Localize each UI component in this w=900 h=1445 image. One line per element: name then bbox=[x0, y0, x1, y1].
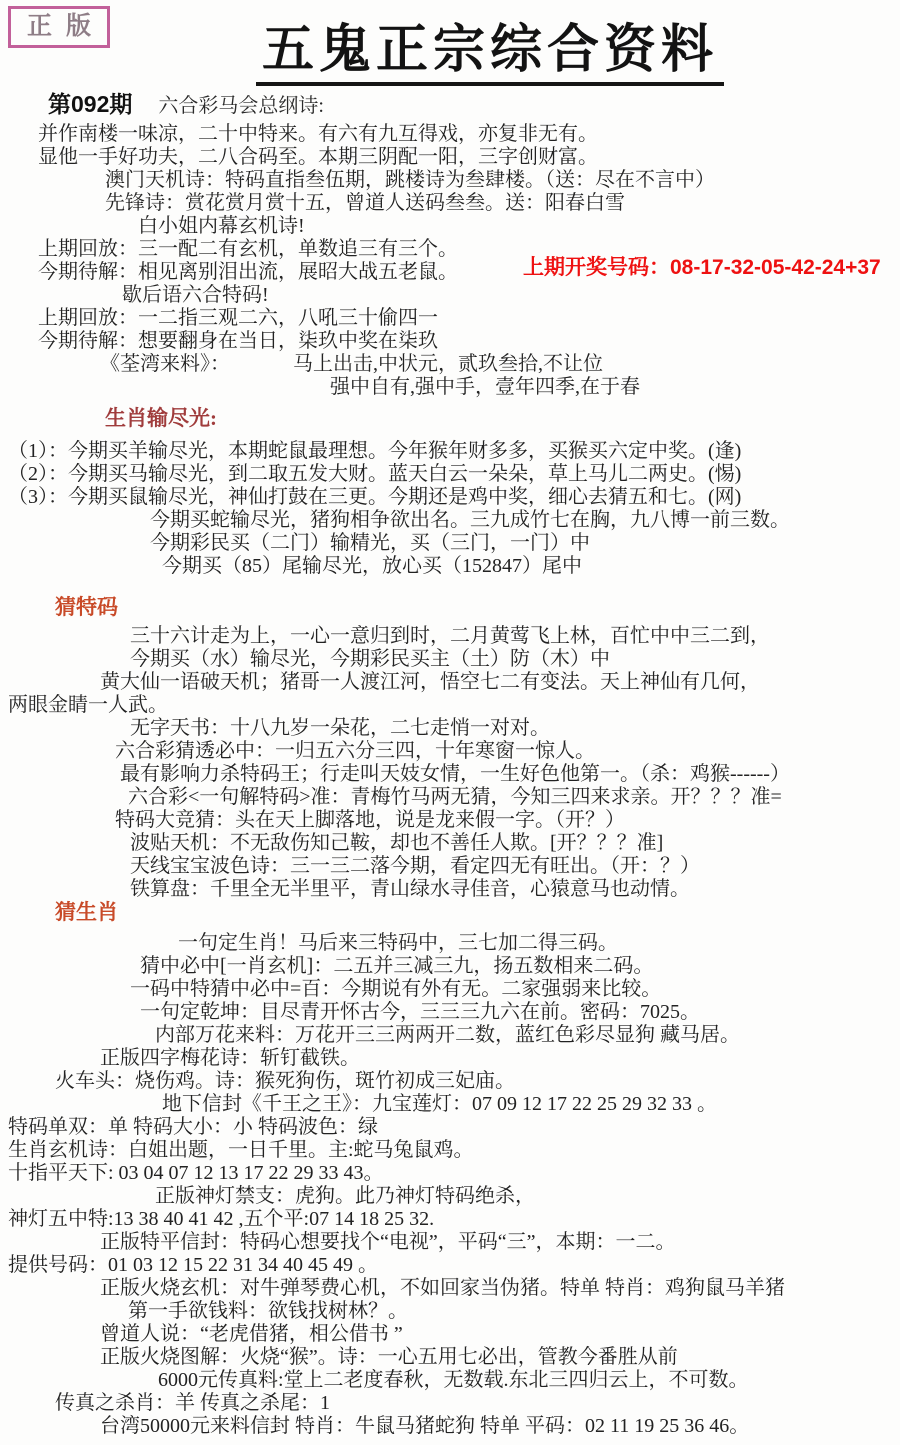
ding-qiankun-line: 一句定乾坤：目尽青开怀古今，三三三九六在前。密码：7025。 bbox=[0, 1001, 900, 1024]
yiju-jie-tema-line: 六合彩<一句解特码>准：青梅竹马两无猜，今知三四来求亲。开？？？准= bbox=[0, 786, 900, 809]
shujinguang-extra: 今期买（85）尾输尽光，放心买（152847）尾中 bbox=[0, 555, 900, 578]
issue-row: 第092期 六合彩马会总纲诗: bbox=[0, 86, 900, 119]
poem-line: 显他一手好功夫，二八合码至。本期三阴配一阳，三字创财富。 bbox=[0, 146, 900, 169]
shujinguang-item-3: （3）：今期买鼠输尽光，神仙打鼓在三更。今期还是鸡中奖，细心去猜五和七。(网) bbox=[0, 486, 900, 509]
shujinguang-extra: 今期买蛇输尽光，猪狗相争欲出名。三九成竹七在胸，九八博一前三数。 bbox=[0, 509, 900, 532]
wanhua-lailiao-line: 内部万花来料：万花开三三两两开二数，蓝红色彩尽显狗 藏马居。 bbox=[0, 1024, 900, 1047]
tema-line: 三十六计走为上，一心一意归到时，二月黄莺飞上林，百忙中中三二到， bbox=[0, 625, 900, 648]
shujinguang-extra: 今期彩民买（二门）输精光，买（三门，一门）中 bbox=[0, 532, 900, 555]
chuanzhen-liao-line: 6000元传真料:堂上二老度春秋，无数载.东北三四归云上，不可数。 bbox=[0, 1369, 900, 1392]
shendeng-jinzhi-line: 正版神灯禁支：虎狗。此乃神灯特码绝杀， bbox=[0, 1185, 900, 1208]
taiwan-xinfeng-line: 台湾50000元来料信封 特肖：牛鼠马猪蛇狗 特单 平码：02 11 19 25… bbox=[0, 1415, 900, 1438]
zengdaoren-line: 曾道人说：“老虎借猪，相公借书 ” bbox=[0, 1323, 900, 1346]
master-poem-subtitle: 六合彩马会总纲诗: bbox=[158, 89, 324, 118]
shujinguang-item-1: （1）：今期买羊输尽光，本期蛇鼠最理想。今年猴年财多多，买猴买六定中奖。(逢) bbox=[0, 440, 900, 463]
chuanzhen-shaxiao-line: 传真之杀肖：羊 传真之杀尾：1 bbox=[0, 1392, 900, 1415]
yima-zhongte-line: 一码中特猜中必中=百：今期说有外有无。二家强弱来比较。 bbox=[0, 978, 900, 1001]
meihua-poem-line: 正版四字梅花诗：斩钉截铁。 bbox=[0, 1047, 900, 1070]
macau-tianji-poem: 澳门天机诗：特码直指叁伍期，跳楼诗为叁肆楼。（送：尽在不言中） bbox=[0, 169, 900, 192]
dixia-xinfeng-line: 地下信封《千王之王》：九宝莲灯：07 09 12 17 22 25 29 32 … bbox=[0, 1093, 900, 1116]
section-heading-cai-tema: 猜特码 bbox=[0, 596, 900, 619]
huangdaxian-line: 黄大仙一语破天机；猪哥一人渡江河，悟空七二有变法。天上神仙有几何， bbox=[0, 671, 900, 694]
tigong-haoma-line: 提供号码：01 03 12 15 22 31 34 40 45 49 。 bbox=[0, 1254, 900, 1277]
quanwan-label: 《荃湾来料》： bbox=[0, 353, 230, 376]
issue-number: 第092期 bbox=[48, 86, 132, 119]
huangdaxian-line-2: 两眼金睛一人武。 bbox=[0, 694, 900, 717]
sha-tema-wang-line: 最有影响力杀特码王；行走叫天妓女情，一生好色他第一。（杀：鸡猴------） bbox=[0, 763, 900, 786]
xiehouyu-line: 歇后语六合特码! bbox=[0, 284, 900, 307]
tianxian-baobao-line: 天线宝宝波色诗：三一三二落今期，看定四无有旺出。（开：？） bbox=[0, 855, 900, 878]
shengxiao-xuanji-line: 生肖玄机诗：白姐出题，一日千里。主:蛇马兔鼠鸡。 bbox=[0, 1139, 900, 1162]
yuqianliao-line: 第一手欲钱料：欲钱找树林？。 bbox=[0, 1300, 900, 1323]
tiesuanpan-line: 铁算盘：千里全无半里平，青山绿水寻佳音，心猿意马也动情。 bbox=[0, 878, 900, 901]
wuzitianshu-line: 无字天书：十八九岁一朵花，二七走悄一对对。 bbox=[0, 717, 900, 740]
poem-line: 并作南楼一味凉，二十中特来。有六有九互得戏，亦复非无有。 bbox=[0, 123, 900, 146]
baixiaojie-line: 白小姐内幕玄机诗! bbox=[0, 215, 900, 238]
ding-shengxiao-line: 一句定生肖！马后来三特码中，三七加二得三码。 bbox=[0, 932, 900, 955]
lottery-info-sheet: { "badge_label": "正版", "title": "五鬼正宗综合资… bbox=[0, 0, 900, 1445]
main-content: 并作南楼一味凉，二十中特来。有六有九互得戏，亦复非无有。 显他一手好功夫，二八合… bbox=[0, 119, 900, 1438]
authentic-badge: 正版 bbox=[8, 6, 110, 48]
page-title: 五鬼正宗综合资料 bbox=[256, 22, 724, 86]
caitou-bizhong-line: 六合彩猜透必中：一归五六分三四，十年寒窗一惊人。 bbox=[0, 740, 900, 763]
tema-jingcai-line: 特码大竞猜：头在天上脚落地，说是龙来假一字。（开？） bbox=[0, 809, 900, 832]
shujinguang-item-2: （2）：今期买马输尽光，到二取五发大财。蓝天白云一朵朵，草上马儿二两史。(惕) bbox=[0, 463, 900, 486]
botie-tianji-line: 波贴天机：不无敌伤知己鞍，却也不善任人欺。[开？？？准] bbox=[0, 832, 900, 855]
last-issue-replay: 上期回放：一二指三观二六，八吼三十偷四一 bbox=[0, 307, 900, 330]
xianfeng-poem: 先锋诗：赏花赏月赏十五，曾道人送码叁叁。送：阳春白雪 bbox=[0, 192, 900, 215]
teping-xinfeng-line: 正版特平信封：特码心想要找个“电视”，平码“三”，本期：一二。 bbox=[0, 1231, 900, 1254]
quanwan-text-2: 强中自有,强中手，壹年四季,在于春 bbox=[0, 376, 900, 399]
header: 五鬼正宗综合资料 bbox=[0, 0, 900, 86]
shendeng-wuzhongte-line: 神灯五中特:13 38 40 41 42 ,五个平:07 14 18 25 32… bbox=[0, 1208, 900, 1231]
quanwan-text: 马上出击,中状元，贰玖叁拾,不让位 bbox=[293, 353, 603, 376]
huoshao-xuanji-line: 正版火烧玄机：对牛弹琴费心机，不如回家当伪猪。特单 特肖：鸡狗鼠马羊猪 bbox=[0, 1277, 900, 1300]
huoshao-tujie-line: 正版火烧图解：火烧“猴”。诗：一心五用七必出，管教今番胜从前 bbox=[0, 1346, 900, 1369]
section-heading-cai-shengxiao: 猜生肖 bbox=[0, 901, 900, 924]
shizhi-pingtianxia-line: 十指平天下: 03 04 07 12 13 17 22 29 33 43。 bbox=[0, 1162, 900, 1185]
huochetou-line: 火车头：烧伤鸡。诗：猴死狗伤，斑竹初成三妃庙。 bbox=[0, 1070, 900, 1093]
section-heading-shengxiao-shujinguang: 生肖输尽光: bbox=[0, 407, 900, 430]
quanwan-lailiao-row: 《荃湾来料》： 马上出击,中状元，贰玖叁拾,不让位 bbox=[0, 353, 900, 376]
this-issue-pending: 今期待解：想要翻身在当日，柒玖中奖在柒玖 bbox=[0, 330, 900, 353]
last-draw-numbers: 上期开奖号码：08-17-32-05-42-24+37 bbox=[523, 251, 881, 281]
tema-danshuang-line: 特码单双：单 特码大小：小 特码波色：绿 bbox=[0, 1116, 900, 1139]
tema-line: 今期买（水）输尽光，今期彩民买主（土）防（木）中 bbox=[0, 648, 900, 671]
yixiao-xuanji-line: 猜中必中[一肖玄机]：二五并三减三九，扬五数相来二码。 bbox=[0, 955, 900, 978]
